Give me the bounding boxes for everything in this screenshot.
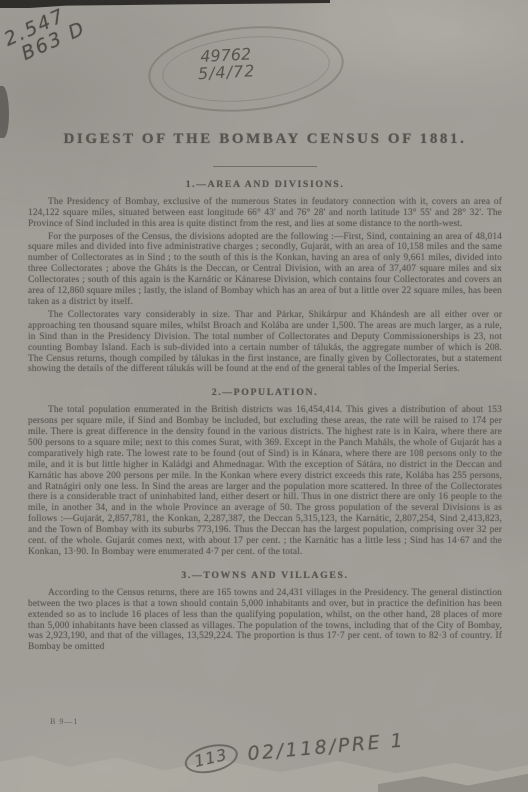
scan-edge-top: [0, 0, 330, 8]
stamp-date: 5/4/72: [198, 62, 256, 82]
stamp-annotation: 49762 5/4/72: [197, 45, 256, 82]
shelf-code: 02/118/PRE 1: [247, 729, 406, 765]
paragraph-census-divisions: For the purposes of the Census, the divi…: [28, 232, 502, 308]
call-number: 2.547 B63 D: [1, 0, 88, 68]
scanned-document-page: 2.547 B63 D 49762 5/4/72 DIGEST OF THE B…: [0, 0, 528, 792]
section-heading-population: 2.—POPULATION.: [28, 388, 502, 399]
section-heading-area-divisions: 1.—AREA AND DIVISIONS.: [28, 180, 502, 191]
page-title: DIGEST OF THE BOMBAY CENSUS OF 1881.: [28, 134, 502, 145]
shelf-code-annotation: 11302/118/PRE 1: [183, 728, 406, 774]
paragraph-towns-villages: According to the Census returns, there a…: [28, 588, 502, 653]
document-body: DIGEST OF THE BOMBAY CENSUS OF 1881. 1.—…: [28, 120, 502, 655]
title-rule: [213, 166, 317, 167]
paragraph-collectorates: The Collectorates vary considerably in s…: [28, 310, 502, 375]
library-stamp-icon: 49762 5/4/72: [145, 19, 348, 120]
section-heading-towns-villages: 3.—TOWNS AND VILLAGES.: [28, 571, 502, 582]
signature-mark: B 9—1: [50, 717, 78, 726]
scan-edge-left: [0, 86, 9, 138]
paragraph-population: The total population enumerated in the B…: [28, 405, 502, 558]
paragraph-presidency-area: The Presidency of Bombay, exclusive of t…: [28, 197, 502, 230]
